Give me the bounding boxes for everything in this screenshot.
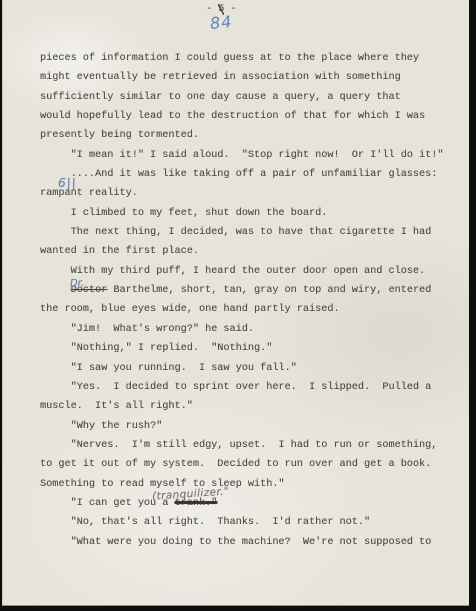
typed-line: presently being tormented. [40, 126, 459, 145]
typed-line: I climbed to my feet, shut down the boar… [40, 204, 459, 223]
typed-text: Something to read myself to sleep with." [40, 479, 285, 490]
typed-line: With my third puff, I heard the outer do… [40, 262, 459, 281]
typed-line: rampant reality. [40, 184, 459, 203]
typed-line: "I mean it!" I said aloud. "Stop right n… [40, 146, 459, 165]
typed-line: "What were you doing to the machine? We'… [40, 533, 459, 552]
scan-edge-right [469, 0, 476, 611]
typed-text: wanted in the first place. [40, 246, 199, 257]
typed-line: "Jim! What's wrong?" he said. [40, 320, 459, 339]
typed-text: sufficiently similar to one day cause a … [40, 92, 401, 103]
typed-text: "Nothing," I replied. "Nothing." [40, 343, 272, 354]
typed-text-body: pieces of information I could guess at t… [40, 49, 459, 552]
typed-line: might eventually be retrieved in associa… [40, 68, 459, 87]
typed-line: The next thing, I decided, was to have t… [40, 223, 459, 242]
typed-line: wanted in the first place. [40, 242, 459, 261]
typed-line: "Yes. I decided to sprint over here. I s… [40, 378, 459, 397]
typed-text: ....And it was like taking off a pair of… [40, 169, 437, 180]
typed-text: pieces of information I could guess at t… [40, 53, 419, 64]
typed-line: the room, blue eyes wide, one hand partl… [40, 300, 459, 319]
typed-text: "I mean it!" I said aloud. "Stop right n… [40, 150, 444, 161]
typed-text: "I saw you running. I saw you fall." [40, 363, 297, 374]
scan-edge-bottom [0, 606, 476, 611]
typed-line: "I saw you running. I saw you fall." [40, 359, 459, 378]
typed-text: muscle. It's all right." [40, 401, 193, 412]
typed-text: With my third puff, I heard the outer do… [40, 266, 425, 277]
typed-line: sufficiently similar to one day cause a … [40, 88, 459, 107]
typed-text: "I can get you a [40, 498, 175, 509]
typed-line: ....And it was like taking off a pair of… [40, 165, 459, 184]
typed-text: might eventually be retrieved in associa… [40, 72, 401, 83]
typed-line: "Why the rush?" [40, 417, 459, 436]
typed-text: "Jim! What's wrong?" he said. [40, 324, 254, 335]
typed-line: "No, that's all right. Thanks. I'd rathe… [40, 513, 459, 532]
typed-text: the room, blue eyes wide, one hand partl… [40, 304, 340, 315]
typed-line: "Nerves. I'm still edgy, upset. I had to… [40, 436, 459, 455]
scanned-page: - 5 - 84 pieces of information I could g… [0, 0, 476, 611]
typed-line: to get it out of my system. Decided to r… [40, 455, 459, 474]
typed-line: muscle. It's all right." [40, 397, 459, 416]
manuscript-page: - 5 - 84 pieces of information I could g… [2, 0, 469, 606]
typed-text: presently being tormented. [40, 130, 199, 141]
typed-text [40, 285, 71, 296]
typed-text: Barthelme, short, tan, gray on top and w… [107, 285, 431, 296]
typed-text: "What were you doing to the machine? We'… [40, 537, 431, 548]
struck-word: trank." [175, 498, 218, 509]
struck-word: Doctor [71, 285, 108, 296]
typed-text: would hopefully lead to the destruction … [40, 111, 425, 122]
typed-text: "Why the rush?" [40, 421, 162, 432]
handwritten-page-number: 84 [209, 12, 233, 33]
typed-line: would hopefully lead to the destruction … [40, 107, 459, 126]
typed-line: Doctor Barthelme, short, tan, gray on to… [40, 281, 459, 300]
typed-text: rampant reality. [40, 188, 138, 199]
typed-text: to get it out of my system. Decided to r… [40, 459, 431, 470]
typed-line: pieces of information I could guess at t… [40, 49, 459, 68]
typed-text: The next thing, I decided, was to have t… [40, 227, 431, 238]
typed-text: "Yes. I decided to sprint over here. I s… [40, 382, 431, 393]
typed-line: "Nothing," I replied. "Nothing." [40, 339, 459, 358]
typed-text: I climbed to my feet, shut down the boar… [40, 208, 327, 219]
typed-line: "I can get you a trank."(tranquilizer." [40, 494, 459, 513]
typed-text: "No, that's all right. Thanks. I'd rathe… [40, 517, 370, 528]
typed-text: "Nerves. I'm still edgy, upset. I had to… [40, 440, 437, 451]
typed-line: Something to read myself to sleep with." [40, 475, 459, 494]
